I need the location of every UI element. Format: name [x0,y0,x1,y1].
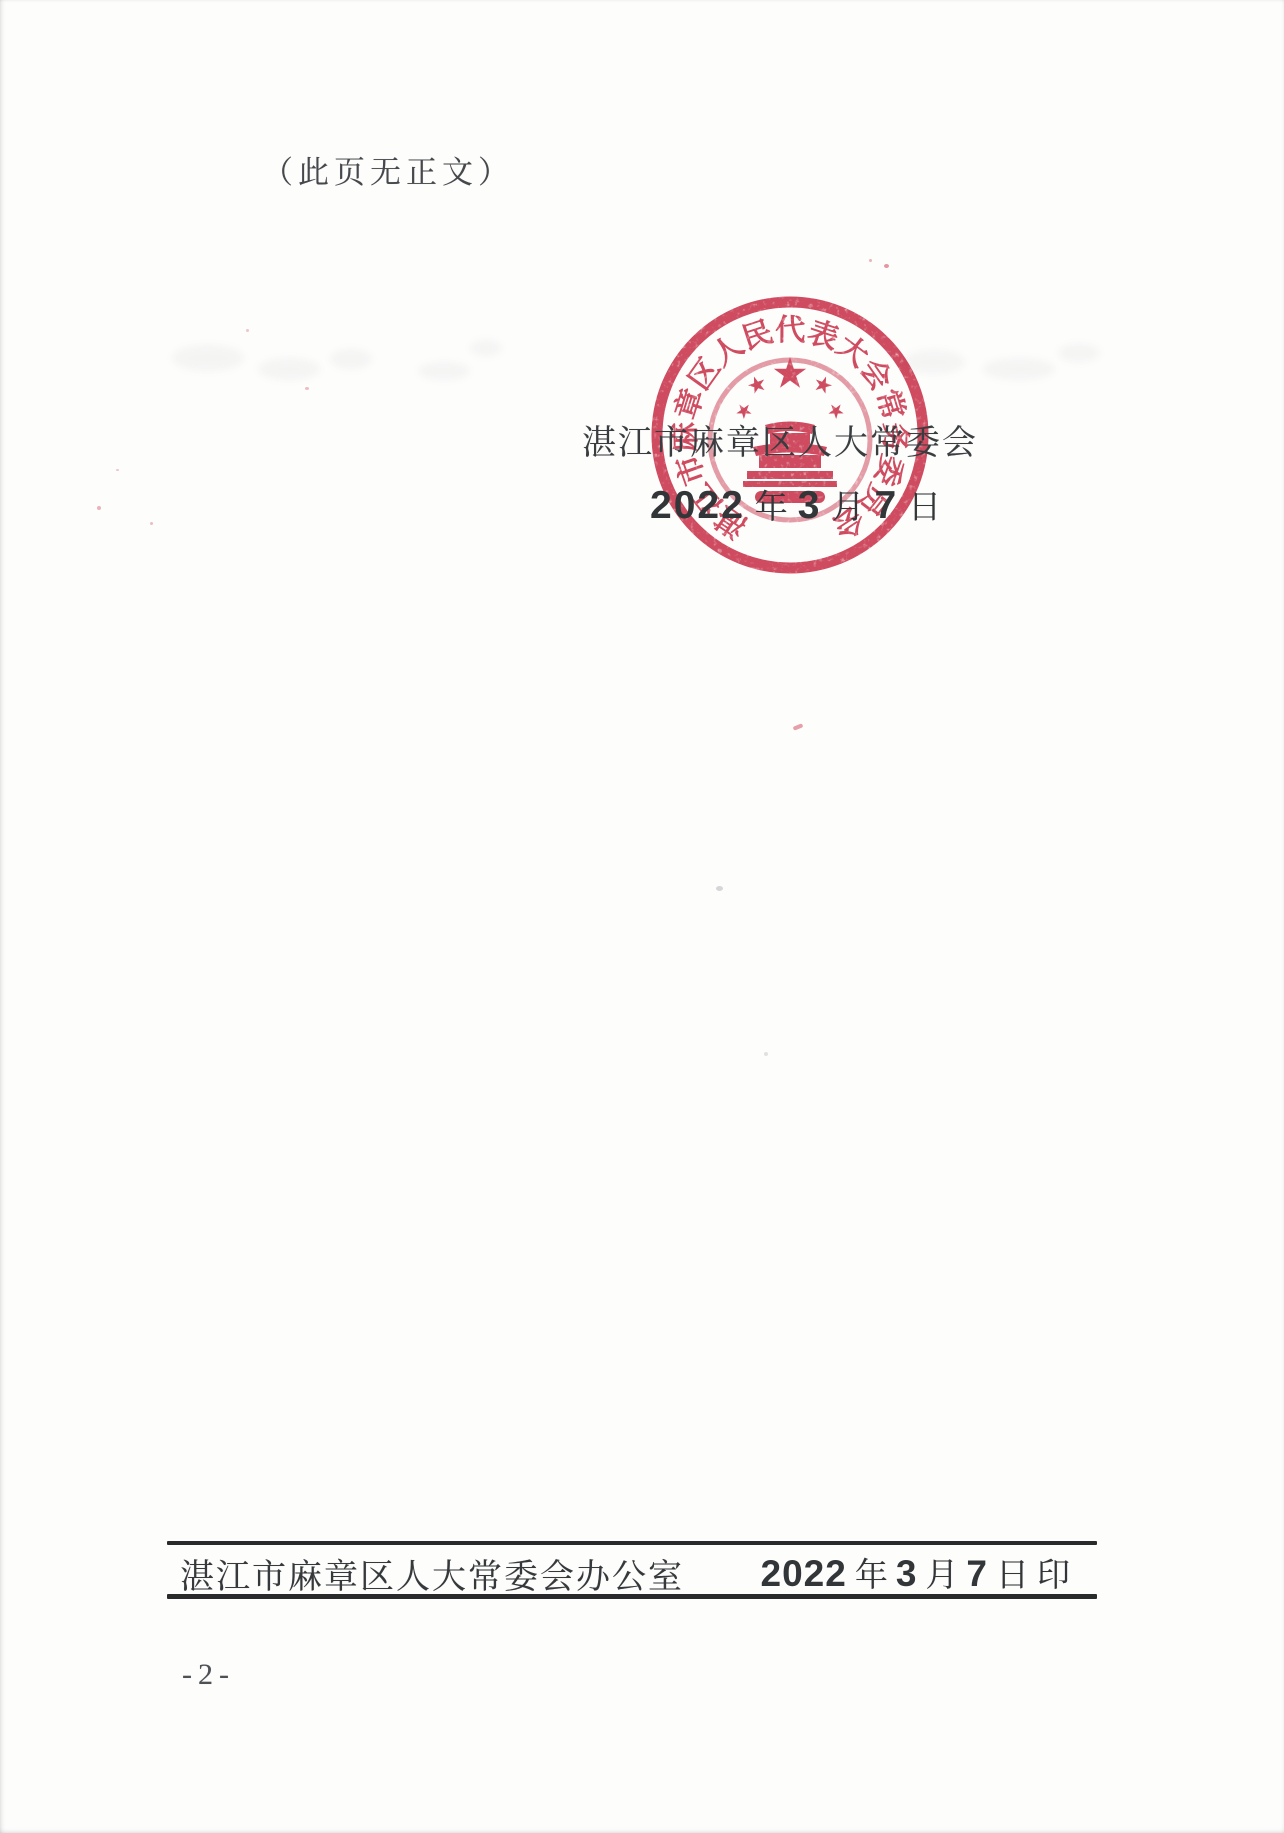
footer-date-month-unit: 月 [925,1558,958,1594]
footer-print-date: 2022年3月7日印 [761,1549,1070,1596]
signature-date: 2022年3月7日 [650,481,941,528]
signature-date-year-unit: 年 [755,490,788,526]
signature-date-month-unit: 月 [831,490,864,526]
signature-date-month: 3 [798,484,822,527]
signing-authority: 湛江市麻章区人大常委会 [582,415,978,464]
no-body-text-notice: （此页无正文） [262,147,514,192]
page-number: -2- [182,1658,235,1692]
signature-date-day-unit: 日 [908,490,941,526]
footer-date-day-unit: 日 [996,1558,1029,1594]
footer-issuing-office: 湛江市麻章区人大常委会办公室 [180,1549,684,1598]
footer-date-day: 7 [966,1553,988,1594]
footer-date-year: 2022 [761,1553,847,1594]
scanned-document-page: （此页无正文） 湛江市麻章区人民代 [0,0,1284,1833]
footer-date-year-unit: 年 [855,1558,888,1594]
signature-date-day: 7 [874,484,898,527]
footer-date-month: 3 [896,1553,918,1594]
signature-date-year: 2022 [650,484,745,527]
footer-rule-bottom [167,1594,1097,1599]
footer-date-print-suffix: 印 [1037,1558,1070,1594]
footer-rule-top [167,1541,1097,1545]
